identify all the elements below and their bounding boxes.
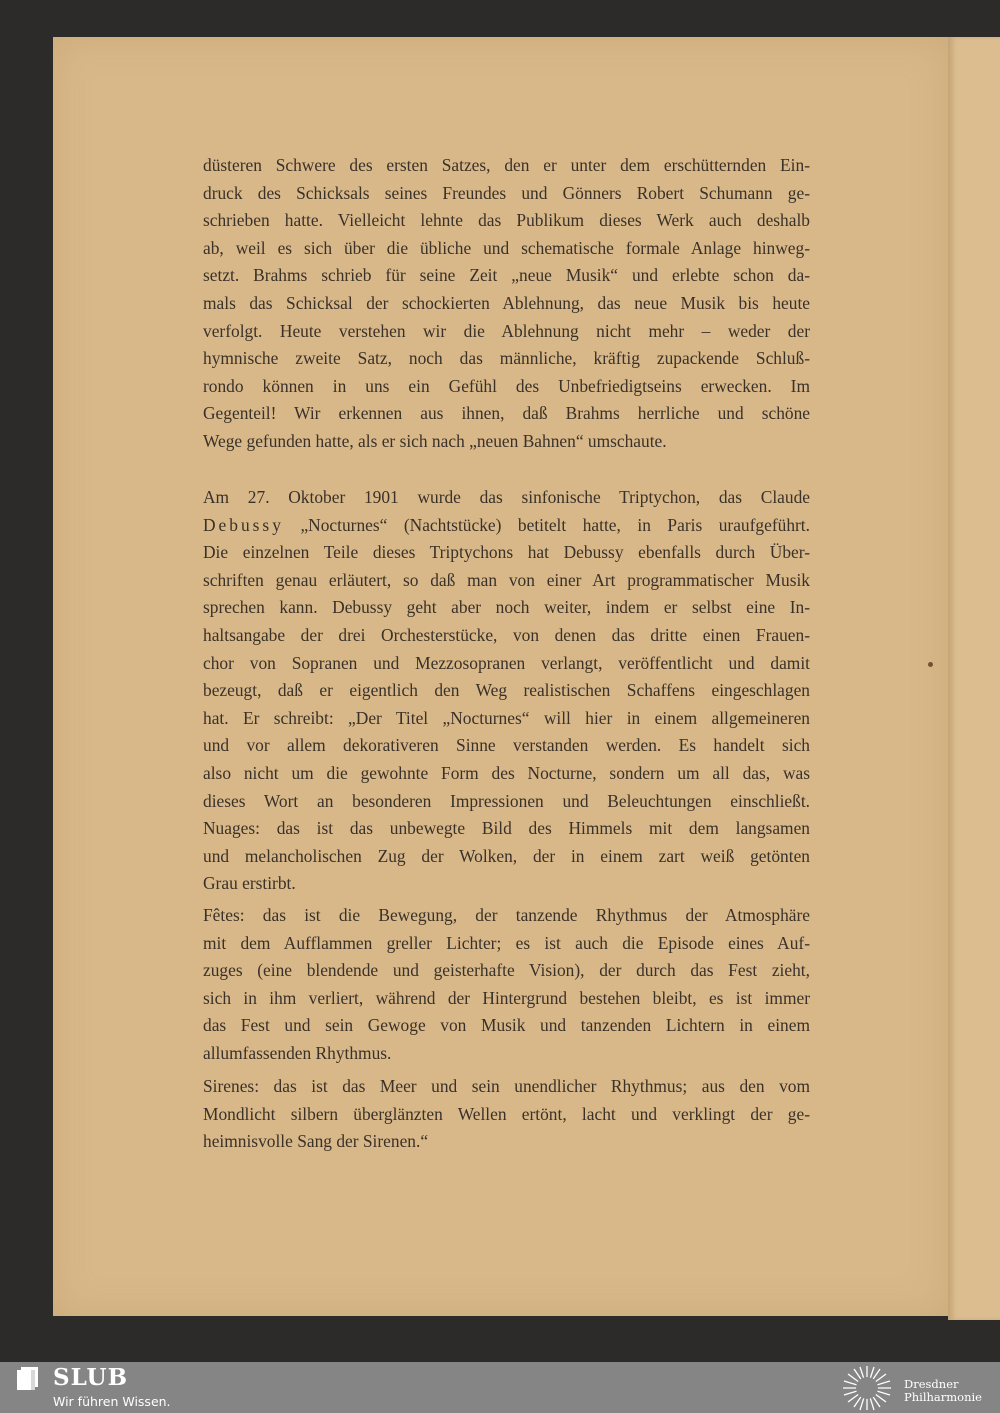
text-line: hymnische zweite Satz, noch das männlich… (203, 345, 810, 373)
text-line: Grau erstirbt. (203, 870, 810, 898)
text-line: Debussy „Nocturnes“ (Nachtstücke) betite… (203, 512, 810, 540)
paragraph-brahms: düsteren Schwere des ersten Satzes, den … (203, 152, 810, 456)
text-line: sich in ihm verliert, während der Hinter… (203, 985, 810, 1013)
text-line: bezeugt, daß er eigentlich den Weg reali… (203, 677, 810, 705)
text-line: chor von Sopranen und Mezzosopranen verl… (203, 650, 810, 678)
paragraph-sirenes: Sirenes: das ist das Meer und sein unend… (203, 1073, 810, 1156)
slub-name[interactable]: SLUB (53, 1364, 128, 1391)
text-line: düsteren Schwere des ersten Satzes, den … (203, 152, 810, 180)
text-line: mit dem Aufflammen greller Lichter; es i… (203, 930, 810, 958)
paragraph-fetes: Fêtes: das ist die Bewegung, der tanzend… (203, 902, 810, 1068)
text-line: sprechen kann. Debussy geht aber noch we… (203, 594, 810, 622)
text-line: das Fest und sein Gewoge von Musik und t… (203, 1012, 810, 1040)
text-line: hat. Er schreibt: „Der Titel „Nocturnes“… (203, 705, 810, 733)
text-line: zuges (eine blendende und geisterhafte V… (203, 957, 810, 985)
text-fragment: „Nocturnes“ (Nachtstücke) betitelt hatte… (300, 515, 810, 535)
text-line: Nuages: das ist das unbewegte Bild des H… (203, 815, 810, 843)
text-line: Mondlicht silbern überglänzten Wellen er… (203, 1101, 810, 1129)
slub-book-icon[interactable] (14, 1366, 40, 1392)
page-fold-flap (948, 37, 1000, 1320)
text-line: dieses Wort an besonderen Impressionen u… (203, 788, 810, 816)
text-line: setzt. Brahms schrieb für seine Zeit „ne… (203, 262, 810, 290)
text-line: rondo können in uns ein Gefühl des Unbef… (203, 373, 810, 401)
paper-spot (928, 662, 933, 667)
text-line: Wege gefunden hatte, als er sich nach „n… (203, 428, 810, 456)
text-line: und melancholischen Zug der Wolken, der … (203, 843, 810, 871)
philharmonie-name-line2: Philharmonie (904, 1391, 982, 1404)
text-line: allumfassenden Rhythmus. (203, 1040, 810, 1068)
text-line: schriften genau erläutert, so daß man vo… (203, 567, 810, 595)
text-line: heimnisvolle Sang der Sirenen.“ (203, 1128, 810, 1156)
text-line: schrieben hatte. Vielleicht lehnte das P… (203, 207, 810, 235)
text-line: ab, weil es sich über die übliche und sc… (203, 235, 810, 263)
philharmonie-sunburst-icon[interactable] (842, 1365, 892, 1411)
footer-bar: SLUB Wir führen Wissen. (0, 1362, 1000, 1413)
text-line: und vor allem dekorativeren Sinne versta… (203, 732, 810, 760)
text-line: haltsangabe der drei Orchesterstücke, vo… (203, 622, 810, 650)
text-line: druck des Schicksals seines Freundes und… (203, 180, 810, 208)
paragraph-debussy-nocturnes: Am 27. Oktober 1901 wurde das sinfonisch… (203, 484, 810, 898)
text-line: Sirenes: das ist das Meer und sein unend… (203, 1073, 810, 1101)
spaced-word: Debussy (203, 515, 284, 535)
text-line: mals das Schicksal der schockierten Able… (203, 290, 810, 318)
text-line: Die einzelnen Teile dieses Triptychons h… (203, 539, 810, 567)
text-line: Fêtes: das ist die Bewegung, der tanzend… (203, 902, 810, 930)
text-line: verfolgt. Heute verstehen wir die Ablehn… (203, 318, 810, 346)
text-line: Am 27. Oktober 1901 wurde das sinfonisch… (203, 484, 810, 512)
slub-tagline: Wir führen Wissen. (53, 1394, 171, 1409)
text-line: Gegenteil! Wir erkennen aus ihnen, daß B… (203, 400, 810, 428)
philharmonie-name[interactable]: Dresdner Philharmonie (904, 1378, 982, 1404)
text-line: also nicht um die gewohnte Form des Noct… (203, 760, 810, 788)
